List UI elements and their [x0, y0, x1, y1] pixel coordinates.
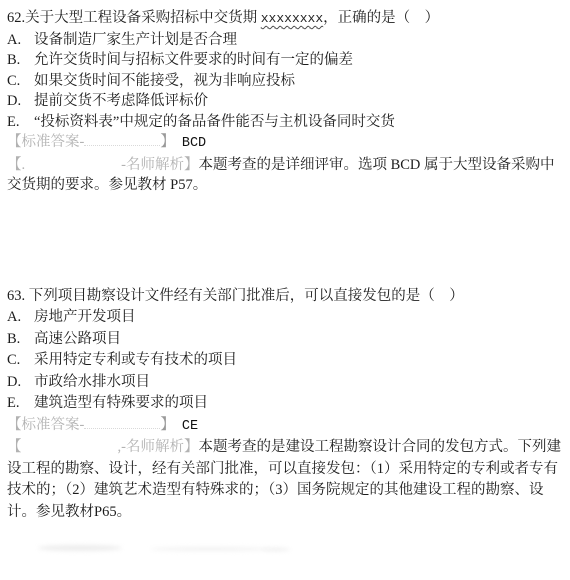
- exam-page: 62.关于大型工程设备采购招标中交货期 xxxxxxxx，正确的是（ ） A.设…: [0, 0, 570, 523]
- option-label: D.: [7, 91, 34, 112]
- stem-text-after: ，正确的是（ ）: [323, 10, 439, 26]
- analysis-text: 本题考查的是建设工程勘察设计合同的发包方式。下列建设工程的勘察、设计，经有关部门…: [7, 439, 561, 520]
- option-label: D.: [7, 372, 34, 394]
- option-label: B.: [7, 50, 34, 71]
- erased-watermark-gap: [25, 166, 121, 169]
- option-label: A.: [7, 30, 34, 51]
- answer-close-bracket: 】: [160, 134, 175, 150]
- erased-watermark-gap: [84, 142, 160, 146]
- option-text: 设备制造厂家生产计划是否合理: [34, 32, 237, 48]
- option-row: C.如果交货时间不能接受，视为非响应投标: [7, 71, 562, 92]
- option-text: 房地产开发项目: [34, 309, 136, 325]
- option-text: 高速公路项目: [34, 331, 121, 347]
- answer-label: 【标准答案-: [7, 417, 84, 433]
- analysis-open-bracket: 【.: [7, 157, 25, 173]
- option-label: C.: [7, 71, 34, 92]
- answer-label: 【标准答案-: [7, 134, 84, 150]
- option-label: B.: [7, 329, 34, 351]
- stem-text-before: 关于大型工程设备采购招标中交货期: [25, 10, 261, 26]
- question-number: 63.: [7, 288, 29, 304]
- scan-smudge: [150, 547, 270, 551]
- option-label: A.: [7, 307, 34, 329]
- analysis-text: 本题考查的是详细评审。选项 BCD 属于大型设备采购中交货期的要求。参见教材 P…: [7, 157, 555, 194]
- erased-watermark-gap: [84, 425, 160, 429]
- answer-value: CE: [182, 419, 198, 434]
- option-text: 采用特定专利或专有技术的项目: [34, 352, 237, 368]
- option-text: 允许交货时间与招标文件要求的时间有一定的偏差: [34, 52, 353, 68]
- option-text: 如果交货时间不能接受，视为非响应投标: [34, 73, 295, 89]
- analysis-open-bracket: 【: [7, 439, 22, 455]
- answer-close-bracket: 】: [160, 417, 175, 433]
- option-text: “投标资料表”中规定的备品备件能否与主机设备同时交货: [34, 114, 395, 130]
- option-row: B.允许交货时间与招标文件要求的时间有一定的偏差: [7, 50, 562, 71]
- question-62: 62.关于大型工程设备采购招标中交货期 xxxxxxxx，正确的是（ ） A.设…: [7, 8, 562, 196]
- question-number: 62.: [7, 10, 25, 26]
- option-label: E.: [7, 393, 34, 415]
- answer-value: BCD: [182, 136, 206, 151]
- option-text: 建筑造型有特殊要求的项目: [34, 395, 208, 411]
- answer-line: 【标准答案-】BCD: [7, 132, 562, 155]
- analysis-label: -名师解析】: [121, 157, 198, 173]
- option-row: D.市政给水排水项目: [7, 372, 562, 394]
- option-row: D.提前交货不考虑降低评标价: [7, 91, 562, 112]
- option-row: E.“投标资料表”中规定的备品备件能否与主机设备同时交货: [7, 112, 562, 133]
- option-text: 提前交货不考虑降低评标价: [34, 93, 208, 109]
- stem-redacted-text: xxxxxxxx: [261, 11, 323, 26]
- option-label: E.: [7, 112, 34, 133]
- question-stem: 62.关于大型工程设备采购招标中交货期 xxxxxxxx，正确的是（ ）: [7, 8, 562, 30]
- option-row: E.建筑造型有特殊要求的项目: [7, 393, 562, 415]
- scan-smudge: [262, 548, 290, 551]
- erased-watermark-gap: [22, 448, 118, 451]
- scan-smudge: [38, 545, 122, 551]
- analysis-paragraph: 【,-名师解析】本题考查的是建设工程勘察设计合同的发包方式。下列建设工程的勘察、…: [7, 437, 562, 523]
- option-row: B.高速公路项目: [7, 329, 562, 351]
- analysis-paragraph: 【.-名师解析】本题考查的是详细评审。选项 BCD 属于大型设备采购中交货期的要…: [7, 155, 562, 196]
- option-row: C.采用特定专利或专有技术的项目: [7, 350, 562, 372]
- question-stem: 63. 下列项目勘察设计文件经有关部门批准后，可以直接发包的是（ ）: [7, 286, 562, 308]
- option-text: 市政给水排水项目: [34, 374, 150, 390]
- analysis-label: ,-名师解析】: [118, 439, 199, 455]
- option-row: A.设备制造厂家生产计划是否合理: [7, 30, 562, 51]
- stem-text-before: 下列项目勘察设计文件经有关部门批准后，可以直接发包的是（ ）: [29, 288, 464, 304]
- option-label: C.: [7, 350, 34, 372]
- option-row: A.房地产开发项目: [7, 307, 562, 329]
- question-63: 63. 下列项目勘察设计文件经有关部门批准后，可以直接发包的是（ ） A.房地产…: [7, 286, 562, 524]
- answer-line: 【标准答案-】CE: [7, 415, 562, 438]
